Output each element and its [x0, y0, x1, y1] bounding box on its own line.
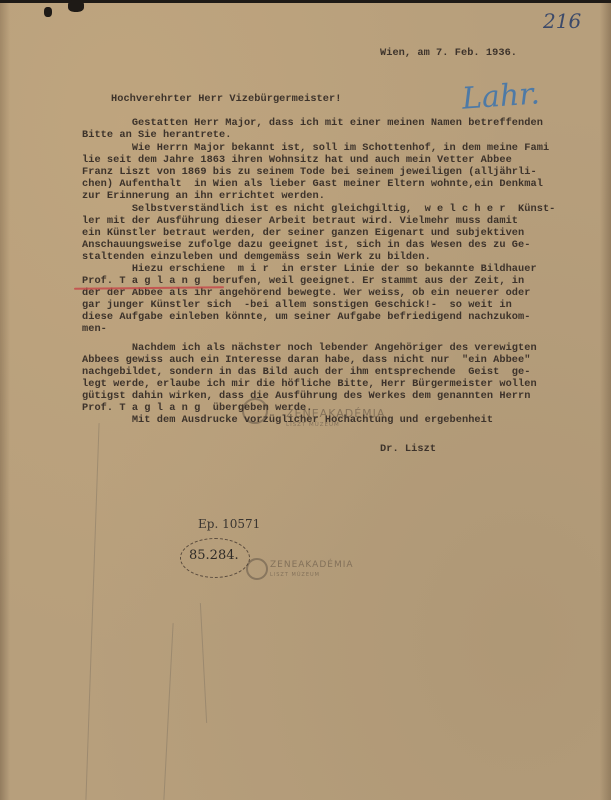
- oval-stamp-number: 85.284.: [189, 548, 239, 563]
- handwritten-annotation: Lahr.: [461, 76, 541, 116]
- salutation: Hochverehrter Herr Vizebürgermeister!: [111, 93, 341, 105]
- watermark-emblem-icon: [242, 398, 268, 424]
- body-line: diese Aufgabe einleben könnte, um seiner…: [82, 311, 531, 323]
- top-edge-blot: [68, 0, 84, 12]
- paper-crease: [200, 603, 207, 723]
- body-line: lie seit dem Jahre 1863 ihren Wohnsitz h…: [82, 154, 512, 166]
- body-line: Nachdem ich als nächster noch lebender A…: [82, 342, 537, 354]
- body-line: Prof. T a g l a n g übergeben werde.: [82, 402, 312, 414]
- body-line: Selbstverständlich ist es nicht gleichgi…: [82, 203, 555, 215]
- paper-crease: [163, 623, 173, 800]
- body-line: gütigst dahin wirken, dass die Ausführun…: [82, 390, 531, 402]
- body-line: legt werde, erlaube ich mir die höfliche…: [82, 378, 537, 390]
- watermark-sub: LISZT MÚZEUM: [286, 422, 340, 428]
- body-line: Abbees gewiss auch ein Interesse daran h…: [82, 354, 531, 366]
- body-line: Wie Herrn Major bekannt ist, soll im Sch…: [82, 142, 549, 154]
- body-line: Anschauungsweise zufolge dazu geeignet i…: [82, 239, 531, 251]
- body-line: Bitte an Sie herantrete.: [82, 129, 232, 141]
- signature: Dr. Liszt: [380, 443, 436, 455]
- letter-page: 216 Wien, am 7. Feb. 1936. Hochverehrter…: [0, 3, 611, 800]
- paper-crease: [85, 423, 99, 800]
- body-line: Prof. T a g l a n g berufen, weil geeign…: [82, 275, 524, 287]
- body-line: ein Künstler betraut werden, der seiner …: [82, 227, 524, 239]
- body-line: ler mit der Ausführung dieser Arbeit bet…: [82, 215, 518, 227]
- archive-number-handwritten: 216: [543, 9, 581, 33]
- place-date: Wien, am 7. Feb. 1936.: [380, 47, 517, 59]
- body-line: zur Erinnerung an ihn errichtet werden.: [82, 190, 325, 202]
- body-line: chen) Aufenthalt in Wien als lieber Gast…: [82, 178, 543, 190]
- watermark-emblem-icon: [246, 558, 268, 580]
- watermark-sub-2: LISZT MÚZEUM: [270, 572, 320, 578]
- body-line: men-: [82, 323, 107, 335]
- body-line: Gestatten Herr Major, dass ich mit einer…: [82, 117, 543, 129]
- watermark-name: ZENEAKADÉMIA: [286, 407, 385, 420]
- body-line: Hiezu erschiene m i r in erster Linie de…: [82, 263, 537, 275]
- inventory-number-handwritten: Ep. 10571: [198, 517, 260, 531]
- body-line: gar junger Künstler sich -bei allem sons…: [82, 299, 512, 311]
- top-edge-blot: [44, 7, 52, 17]
- watermark-name-2: ZENEAKADÉMIA: [270, 560, 354, 570]
- body-line: staltenden einzuleben und demgemäss sein…: [82, 251, 431, 263]
- body-line: Franz Liszt von 1869 bis zu seinem Tode …: [82, 166, 537, 178]
- body-line: nachgebildet, sondern in das Bild auch d…: [82, 366, 531, 378]
